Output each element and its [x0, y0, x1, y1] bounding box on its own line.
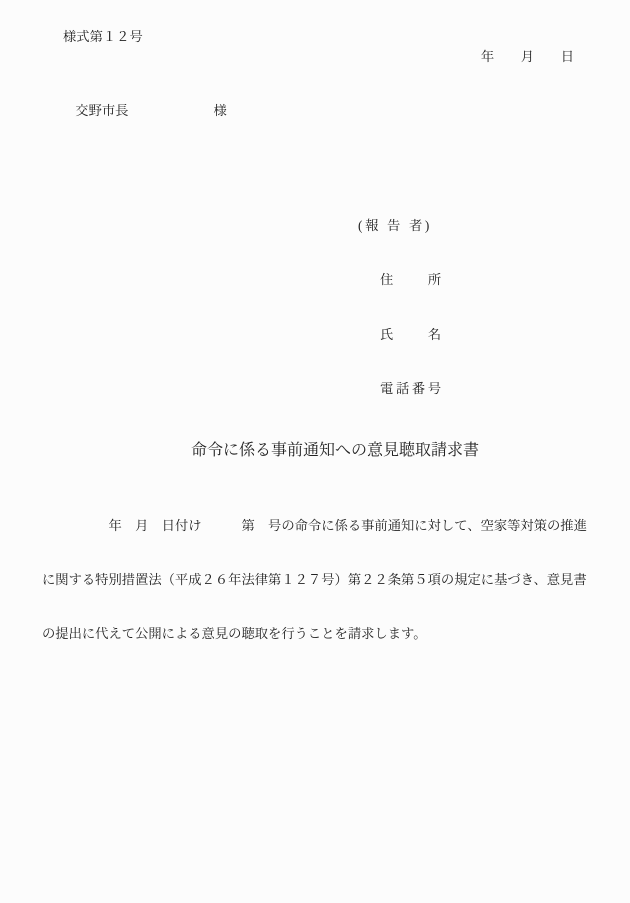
addressee-honorific: 様 [213, 103, 226, 118]
body-line-2: に関する特別措置法（平成２６年法律第１２７号）第２２条第５項の規定に基づき、意見… [42, 569, 588, 591]
reporter-field-phone: 電話番号 [358, 378, 588, 400]
addressee-line: 交野市長様 [62, 82, 588, 139]
date-line: 年 月 日 [42, 47, 588, 66]
reporter-block: (報 告 者) 住 所 氏 名 電話番号 [358, 183, 588, 432]
document-page: 様式第１２号 年 月 日 交野市長様 (報 告 者) 住 所 氏 名 電話番号 … [0, 0, 630, 903]
reporter-field-address: 住 所 [358, 269, 588, 291]
reporter-heading: (報 告 者) [358, 215, 588, 237]
body-line-3: の提出に代えて公開による意見の聴取を行うことを請求します。 [42, 623, 588, 645]
form-number: 様式第１２号 [63, 27, 588, 46]
reporter-field-name: 氏 名 [358, 324, 588, 346]
body-line-1: 年 月 日付け 第 号の命令に係る事前通知に対して、空家等対策の推進 [42, 515, 588, 537]
addressee-name: 交野市長 [75, 103, 128, 118]
document-title: 命令に係る事前通知への意見聴取請求書 [82, 440, 588, 461]
body-paragraph: 年 月 日付け 第 号の命令に係る事前通知に対して、空家等対策の推進 に関する特… [42, 483, 588, 677]
